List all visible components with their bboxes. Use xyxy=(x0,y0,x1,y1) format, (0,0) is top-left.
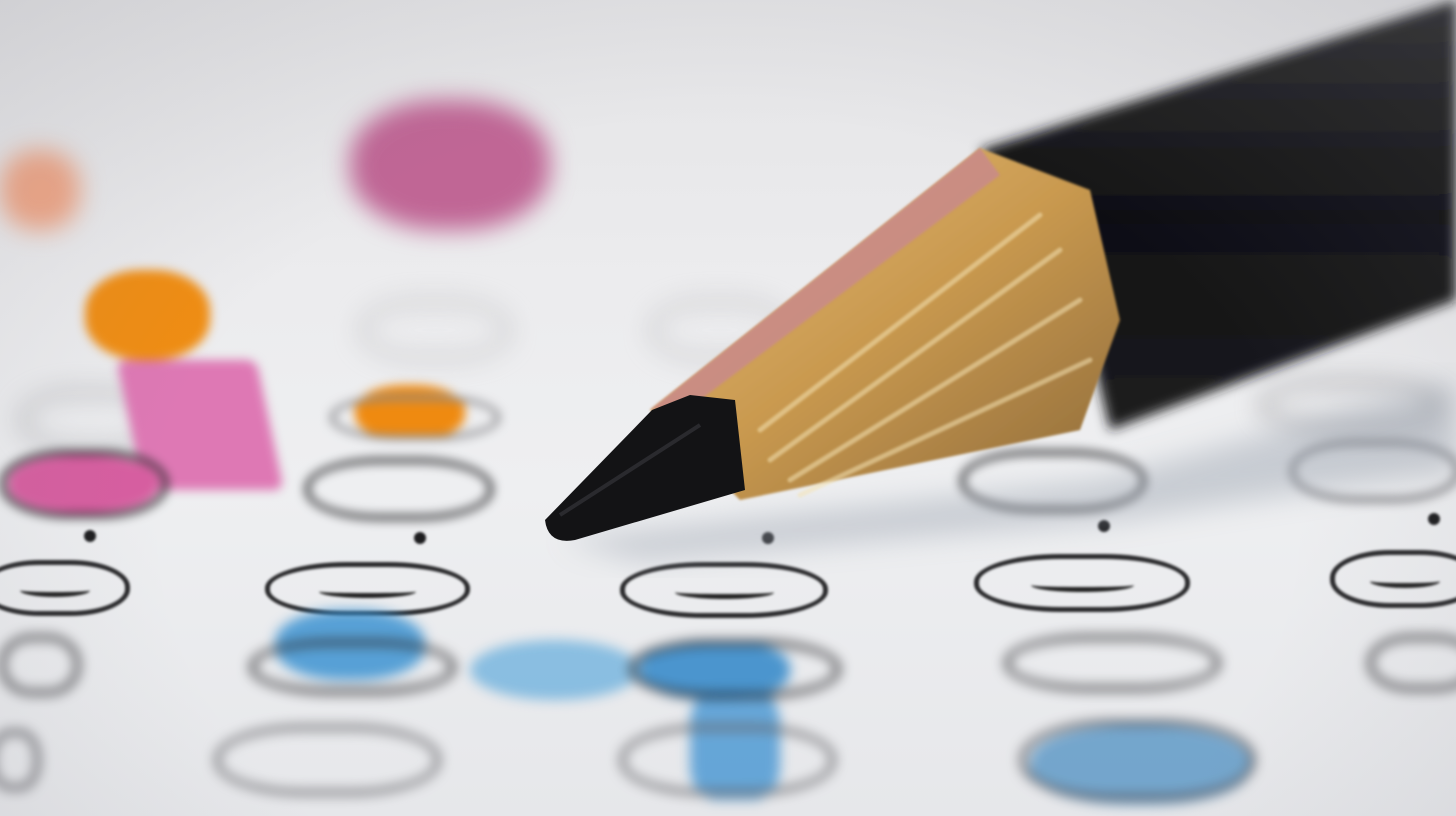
graphite-tip xyxy=(545,395,745,541)
photo-scene xyxy=(0,0,1456,816)
pencil xyxy=(0,0,1456,816)
